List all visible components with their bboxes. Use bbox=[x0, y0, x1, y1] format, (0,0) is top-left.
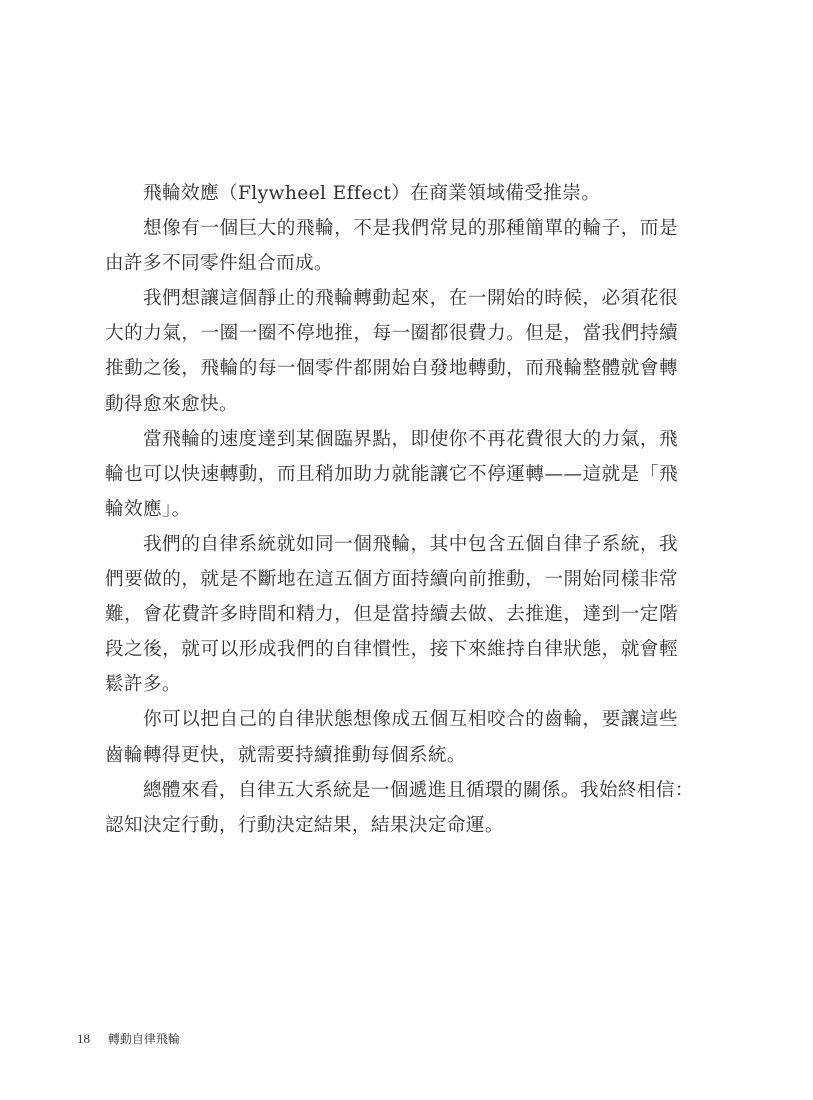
paragraph-3-line-2: 大的力氣，一圈一圈不停地推，每一圈都很費力。但是，當我們持續 bbox=[105, 316, 678, 351]
paragraph-4-line-1: 當飛輪的速度達到某個臨界點，即使你不再花費很大的力氣，飛 bbox=[105, 422, 678, 457]
book-page: 飛輪效應（Flywheel Effect）在商業領域備受推崇。 想像有一個巨大的… bbox=[0, 0, 813, 1100]
paragraph-7-line-2: 認知決定行動，行動決定結果，結果決定命運。 bbox=[105, 808, 685, 843]
paragraph-5-line-2: 們要做的，就是不斷地在這五個方面持續向前推動，一開始同樣非常 bbox=[105, 562, 678, 597]
running-title: 轉動自律飛輪 bbox=[108, 1032, 180, 1046]
paragraph-5-line-4: 段之後，就可以形成我們的自律慣性，接下來維持自律狀態，就會輕 bbox=[105, 632, 678, 667]
paragraph-5-line-5: 鬆許多。 bbox=[105, 667, 685, 702]
paragraph-7-line-1: 總體來看，自律五大系統是一個遞進且循環的關係。我始終相信： bbox=[105, 773, 678, 808]
paragraph-6-line-1: 你可以把自己的自律狀態想像成五個互相咬合的齒輪，要讓這些 bbox=[105, 702, 678, 737]
page-footer: 18 轉動自律飛輪 bbox=[77, 1030, 180, 1047]
paragraph-5-line-3: 難，會花費許多時間和精力，但是當持續去做、去推進，達到一定階 bbox=[105, 597, 678, 632]
paragraph-2-line-2: 由許多不同零件組合而成。 bbox=[105, 246, 685, 281]
paragraph-3-line-1: 我們想讓這個靜止的飛輪轉動起來，在一開始的時候，必須花很 bbox=[105, 281, 678, 316]
paragraph-6-line-2: 齒輪轉得更快，就需要持續推動每個系統。 bbox=[105, 738, 685, 773]
paragraph-3-line-3: 推動之後，飛輪的每一個零件都開始自發地轉動，而飛輪整體就會轉 bbox=[105, 351, 678, 386]
paragraph-4-line-2: 輪也可以快速轉動，而且稍加助力就能讓它不停運轉——這就是「飛 bbox=[105, 457, 678, 492]
body-text: 飛輪效應（Flywheel Effect）在商業領域備受推崇。 想像有一個巨大的… bbox=[105, 176, 685, 843]
paragraph-3-line-4: 動得愈來愈快。 bbox=[105, 387, 685, 422]
paragraph-4-line-3: 輪效應」。 bbox=[105, 492, 685, 527]
page-number: 18 bbox=[77, 1031, 90, 1046]
paragraph-2-line-1: 想像有一個巨大的飛輪，不是我們常見的那種簡單的輪子，而是 bbox=[105, 211, 678, 246]
paragraph-5-line-1: 我們的自律系統就如同一個飛輪，其中包含五個自律子系統，我 bbox=[105, 527, 678, 562]
paragraph-1-line-1: 飛輪效應（Flywheel Effect）在商業領域備受推崇。 bbox=[105, 176, 685, 211]
